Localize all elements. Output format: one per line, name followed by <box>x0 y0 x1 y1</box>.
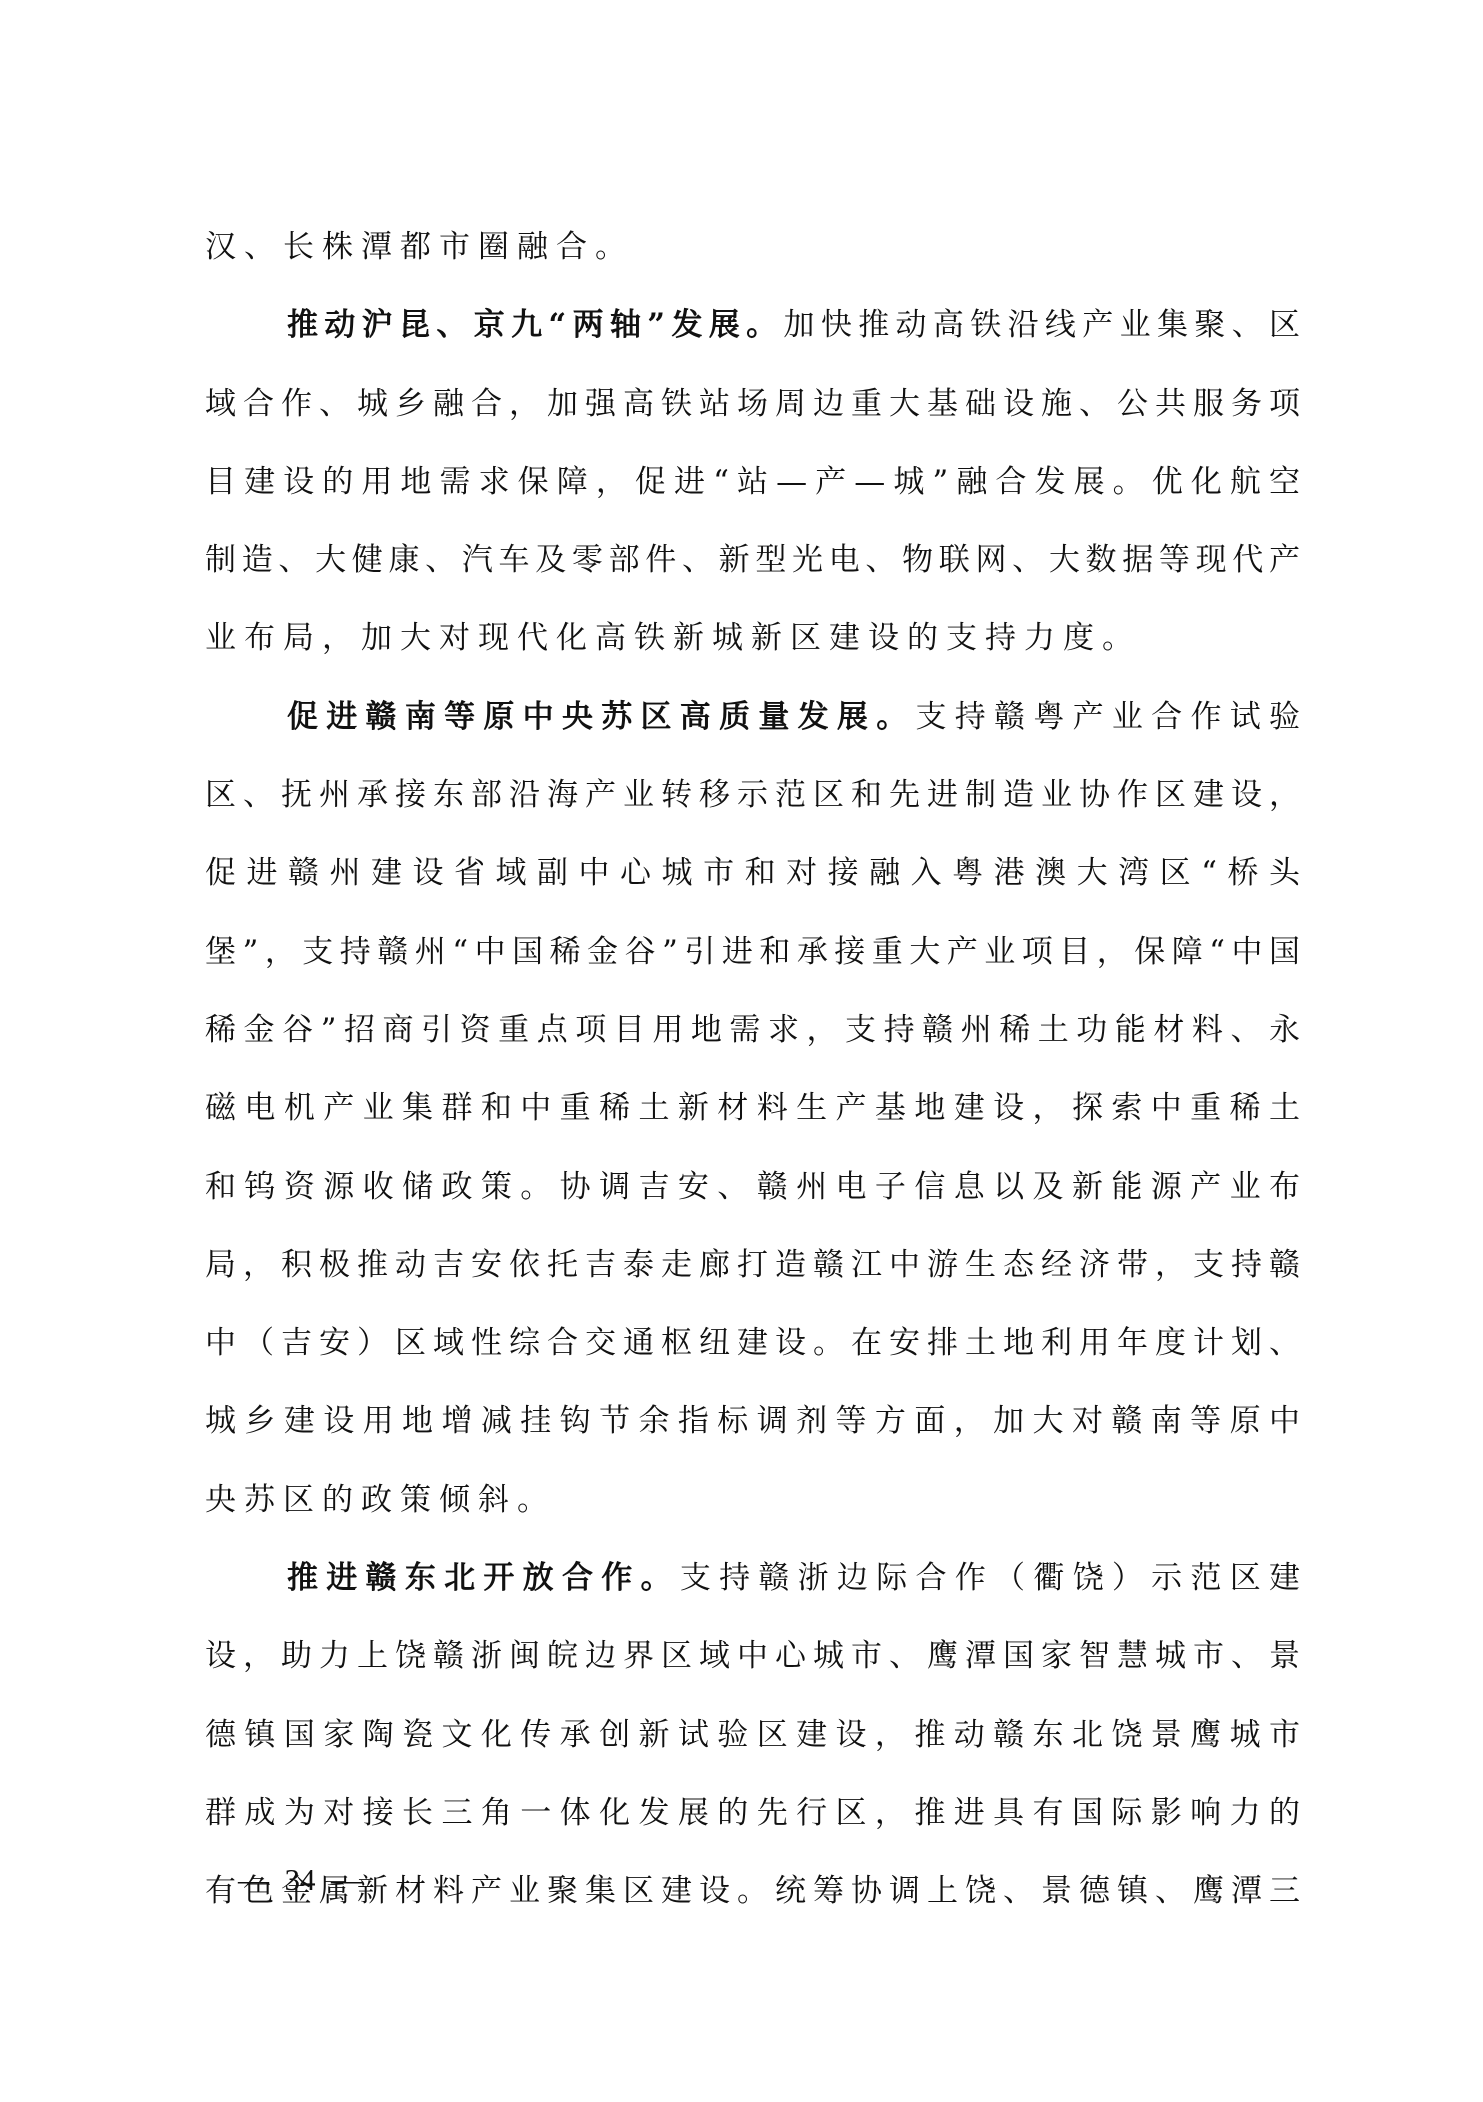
paragraph-line: 央苏区的政策倾斜。 <box>205 1461 1300 1539</box>
paragraph-text: 加快推动高铁沿线产业集聚、区 <box>784 307 1301 343</box>
paragraph-line: 汉、长株潭都市圈融合。 <box>205 208 1300 286</box>
paragraph-line: 中（吉安）区域性综合交通枢纽建设。在安排土地利用年度计划、 <box>205 1304 1300 1382</box>
paragraph-line: 德镇国家陶瓷文化传承创新试验区建设，推动赣东北饶景鹰城市 <box>205 1696 1300 1774</box>
paragraph-line: 稀金谷”招商引资重点项目用地需求，支持赣州稀土功能材料、永 <box>205 991 1300 1069</box>
paragraph-line: 城乡建设用地增减挂钩节余指标调剂等方面，加大对赣南等原中 <box>205 1382 1300 1460</box>
paragraph-first-line: 推动沪昆、京九“两轴”发展。加快推动高铁沿线产业集聚、区 <box>205 286 1300 364</box>
paragraph-line: 促进赣州建设省域副中心城市和对接融入粤港澳大湾区“桥头 <box>205 834 1300 912</box>
body-text: 汉、长株潭都市圈融合。 推动沪昆、京九“两轴”发展。加快推动高铁沿线产业集聚、区… <box>205 208 1300 1931</box>
paragraph-text: 支持赣浙边际合作（衢饶）示范区建 <box>680 1560 1300 1596</box>
paragraph-line: 域合作、城乡融合，加强高铁站场周边重大基础设施、公共服务项 <box>205 365 1300 443</box>
paragraph-first-line: 推进赣东北开放合作。支持赣浙边际合作（衢饶）示范区建 <box>205 1539 1300 1617</box>
paragraph-line: 设，助力上饶赣浙闽皖边界区域中心城市、鹰潭国家智慧城市、景 <box>205 1617 1300 1695</box>
paragraph-heading: 促进赣南等原中央苏区高质量发展。 <box>287 699 915 735</box>
paragraph-line: 群成为对接长三角一体化发展的先行区，推进具有国际影响力的 <box>205 1774 1300 1852</box>
paragraph-line: 业布局，加大对现代化高铁新城新区建设的支持力度。 <box>205 599 1300 677</box>
page-number: — 34 — <box>238 1860 362 1900</box>
paragraph-line: 目建设的用地需求保障，促进“站—产—城”融合发展。优化航空 <box>205 443 1300 521</box>
paragraph-line: 磁电机产业集群和中重稀土新材料生产基地建设，探索中重稀土 <box>205 1069 1300 1147</box>
paragraph-line: 堡”，支持赣州“中国稀金谷”引进和承接重大产业项目，保障“中国 <box>205 913 1300 991</box>
paragraph-line: 和钨资源收储政策。协调吉安、赣州电子信息以及新能源产业布 <box>205 1148 1300 1226</box>
paragraph-line: 局，积极推动吉安依托吉泰走廊打造赣江中游生态经济带，支持赣 <box>205 1226 1300 1304</box>
document-page: 汉、长株潭都市圈融合。 推动沪昆、京九“两轴”发展。加快推动高铁沿线产业集聚、区… <box>0 0 1483 2102</box>
paragraph-heading: 推进赣东北开放合作。 <box>287 1560 680 1596</box>
paragraph-line: 区、抚州承接东部沿海产业转移示范区和先进制造业协作区建设， <box>205 756 1300 834</box>
paragraph-first-line: 促进赣南等原中央苏区高质量发展。支持赣粤产业合作试验 <box>205 678 1300 756</box>
paragraph-line: 制造、大健康、汽车及零部件、新型光电、物联网、大数据等现代产 <box>205 521 1300 599</box>
paragraph-line: 有色金属新材料产业聚集区建设。统筹协调上饶、景德镇、鹰潭三 <box>205 1852 1300 1930</box>
paragraph-text: 支持赣粤产业合作试验 <box>915 699 1300 735</box>
paragraph-heading: 推动沪昆、京九“两轴”发展。 <box>287 307 784 343</box>
